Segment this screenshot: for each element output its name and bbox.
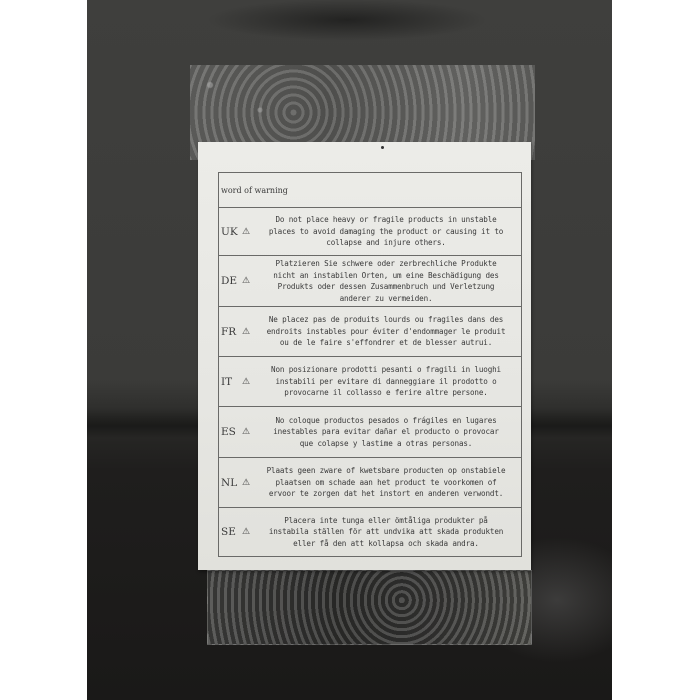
language-code: NL: [219, 477, 239, 489]
warning-text: Placera inte tunga eller ömtåliga produk…: [253, 515, 521, 550]
warning-header: word of warning: [221, 186, 288, 195]
warning-triangle-icon: ⚠: [239, 276, 253, 286]
warning-triangle-icon: ⚠: [239, 377, 253, 387]
warning-triangle-icon: ⚠: [239, 427, 253, 437]
warning-triangle-icon: ⚠: [239, 327, 253, 337]
warning-text: Platzieren Sie schwere oder zerbrechlich…: [253, 258, 521, 304]
language-code: SE: [219, 526, 239, 538]
warning-row-es: ES ⚠ No coloque productos pesados o frág…: [219, 406, 521, 457]
warning-row-uk: UK ⚠ Do not place heavy or fragile produ…: [219, 207, 521, 255]
warning-triangle-icon: ⚠: [239, 227, 253, 237]
warning-table: word of warning UK ⚠ Do not place heavy …: [218, 172, 522, 557]
warning-row-se: SE ⚠ Placera inte tunga eller ömtåliga p…: [219, 507, 521, 556]
warning-header-row: word of warning: [219, 173, 521, 207]
paper-mark-dot: [381, 146, 384, 149]
warning-triangle-icon: ⚠: [239, 527, 253, 537]
warning-text: Ne placez pas de produits lourds ou frag…: [253, 314, 521, 349]
warning-text: Do not place heavy or fragile products i…: [253, 214, 521, 249]
language-code: DE: [219, 275, 239, 287]
warning-row-de: DE ⚠ Platzieren Sie schwere oder zerbrec…: [219, 255, 521, 306]
language-code: UK: [219, 226, 239, 238]
warning-row-fr: FR ⚠ Ne placez pas de produits lourds ou…: [219, 306, 521, 356]
language-code: FR: [219, 326, 239, 338]
warning-text: Plaats geen zware of kwetsbare producten…: [253, 465, 521, 500]
language-code: ES: [219, 426, 239, 438]
warning-triangle-icon: ⚠: [239, 478, 253, 488]
warning-row-nl: NL ⚠ Plaats geen zware of kwetsbare prod…: [219, 457, 521, 507]
warning-row-it: IT ⚠ Non posizionare prodotti pesanti o …: [219, 356, 521, 406]
warning-text: Non posizionare prodotti pesanti o fragi…: [253, 364, 521, 399]
warning-text: No coloque productos pesados o frágiles …: [253, 415, 521, 450]
language-code: IT: [219, 376, 239, 388]
tape-strip-bottom: [207, 570, 532, 645]
